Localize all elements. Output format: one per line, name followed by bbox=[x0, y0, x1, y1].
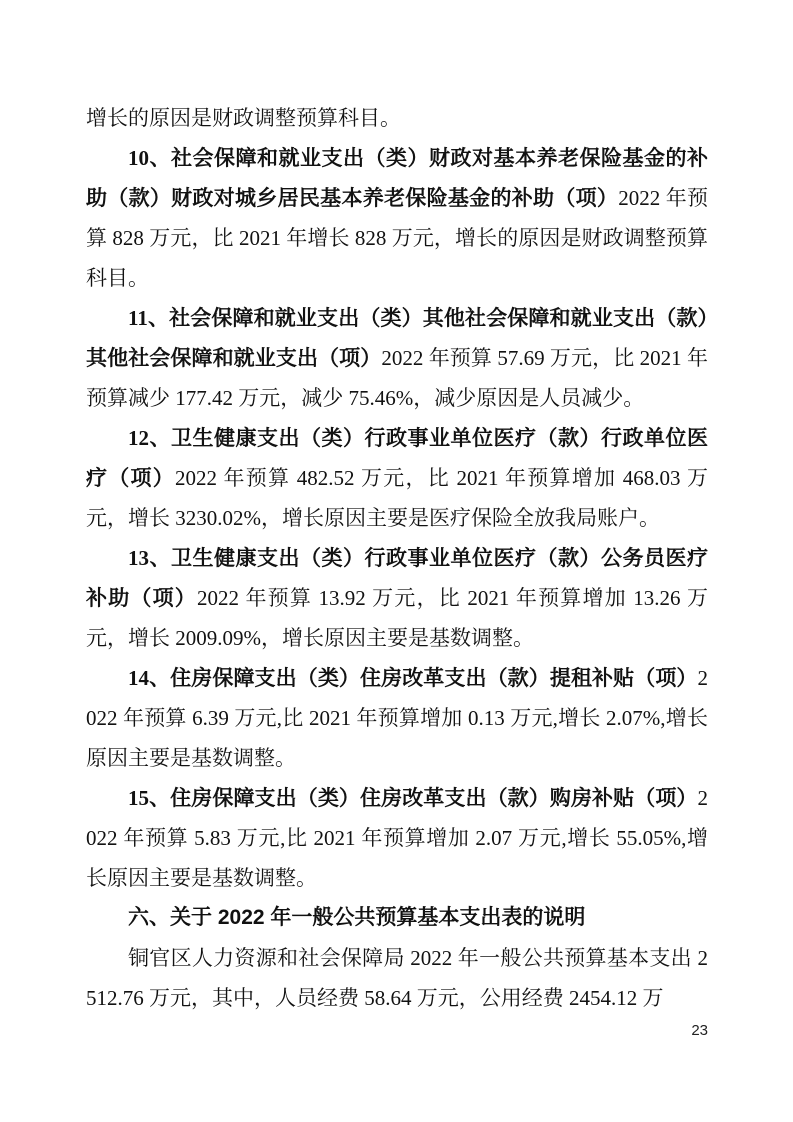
section-heading: 六、关于 2022 年一般公共预算基本支出表的说明 bbox=[86, 898, 708, 938]
page-number: 23 bbox=[691, 1022, 708, 1040]
budget-item-lead: 14、住房保障支出（类）住房改革支出（款）提租补贴（项） bbox=[128, 666, 698, 690]
document-page: 增长的原因是财政调整预算科目。 10、社会保障和就业支出（类）财政对基本养老保险… bbox=[0, 0, 793, 1122]
budget-item-body: 2022 年预算 482.52 万元，比 2021 年预算增加 468.03 万… bbox=[86, 466, 708, 530]
budget-item-paragraph-13: 13、卫生健康支出（类）行政事业单位医疗（款）公务员医疗补助（项）2022 年预… bbox=[86, 538, 708, 658]
budget-item-lead: 10、社会保障和就业支出（类）财政对基本养老保险基金的补助（款）财政对城乡居民基… bbox=[86, 146, 708, 210]
paragraph-continuation-text: 增长的原因是财政调整预算科目。 bbox=[86, 106, 401, 130]
budget-item-paragraph-12: 12、卫生健康支出（类）行政事业单位医疗（款）行政单位医疗（项）2022 年预算… bbox=[86, 418, 708, 538]
budget-item-paragraph-15: 15、住房保障支出（类）住房改革支出（款）购房补贴（项）2022 年预算 5.8… bbox=[86, 778, 708, 898]
closing-paragraph: 铜官区人力资源和社会保障局 2022 年一般公共预算基本支出 2512.76 万… bbox=[86, 938, 708, 1018]
budget-item-paragraph-11: 11、社会保障和就业支出（类）其他社会保障和就业支出（款）其他社会保障和就业支出… bbox=[86, 298, 708, 418]
paragraph-continuation: 增长的原因是财政调整预算科目。 bbox=[86, 98, 708, 138]
budget-item-paragraph-14: 14、住房保障支出（类）住房改革支出（款）提租补贴（项）2022 年预算 6.3… bbox=[86, 658, 708, 778]
document-body: 增长的原因是财政调整预算科目。 10、社会保障和就业支出（类）财政对基本养老保险… bbox=[86, 98, 708, 1018]
budget-item-lead: 15、住房保障支出（类）住房改革支出（款）购房补贴（项） bbox=[128, 786, 698, 810]
budget-item-paragraph-10: 10、社会保障和就业支出（类）财政对基本养老保险基金的补助（款）财政对城乡居民基… bbox=[86, 138, 708, 298]
